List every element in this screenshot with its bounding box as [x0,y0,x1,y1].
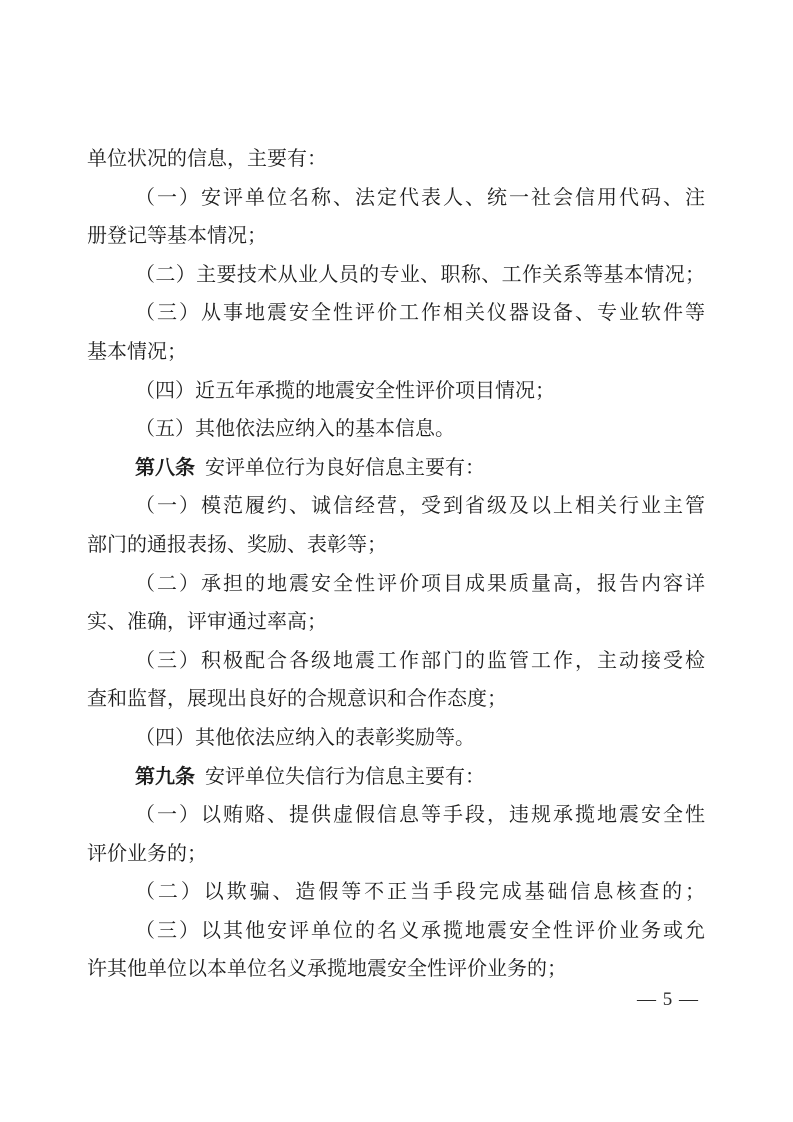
text-line: 基本情况； [87,333,705,372]
document-body: 单位状况的信息，主要有：（一）安评单位名称、法定代表人、统一社会信用代码、注册登… [87,140,705,989]
article-title-text: 安评单位失信行为信息主要有： [205,766,485,788]
text-line: （二）以欺骗、造假等不正当手段完成基础信息核查的； [87,873,705,912]
text-line: 第八条安评单位行为良好信息主要有： [87,449,705,488]
text-line: 部门的通报表扬、奖励、表彰等； [87,526,705,565]
document-page: 单位状况的信息，主要有：（一）安评单位名称、法定代表人、统一社会信用代码、注册登… [0,0,793,1122]
text-line: 第九条安评单位失信行为信息主要有： [87,758,705,797]
text-line: （三）从事地震安全性评价工作相关仪器设备、专业软件等 [87,294,705,333]
text-line: 册登记等基本情况； [87,217,705,256]
text-line: （一）以贿赂、提供虚假信息等手段，违规承揽地震安全性 [87,796,705,835]
text-line: （三）积极配合各级地震工作部门的监管工作，主动接受检 [87,642,705,681]
text-line: 实、准确，评审通过率高； [87,603,705,642]
article-title-text: 安评单位行为良好信息主要有： [205,457,485,479]
text-line: （一）模范履约、诚信经营，受到省级及以上相关行业主管 [87,487,705,526]
text-line: 评价业务的； [87,835,705,874]
article-number: 第九条 [135,766,195,788]
text-line: （四）近五年承揽的地震安全性评价项目情况； [87,372,705,411]
text-line: （五）其他依法应纳入的基本信息。 [87,410,705,449]
article-number: 第八条 [135,457,195,479]
text-line: 许其他单位以本单位名义承揽地震安全性评价业务的； [87,950,705,989]
text-line: （三）以其他安评单位的名义承揽地震安全性评价业务或允 [87,912,705,951]
text-line: 单位状况的信息，主要有： [87,140,705,179]
text-line: （一）安评单位名称、法定代表人、统一社会信用代码、注 [87,179,705,218]
text-line: （二）主要技术从业人员的专业、职称、工作关系等基本情况； [87,256,705,295]
text-line: （四）其他依法应纳入的表彰奖励等。 [87,719,705,758]
text-line: （二）承担的地震安全性评价项目成果质量高，报告内容详 [87,565,705,604]
text-line: 查和监督，展现出良好的合规意识和合作态度； [87,680,705,719]
page-number: — 5 — [637,989,699,1011]
